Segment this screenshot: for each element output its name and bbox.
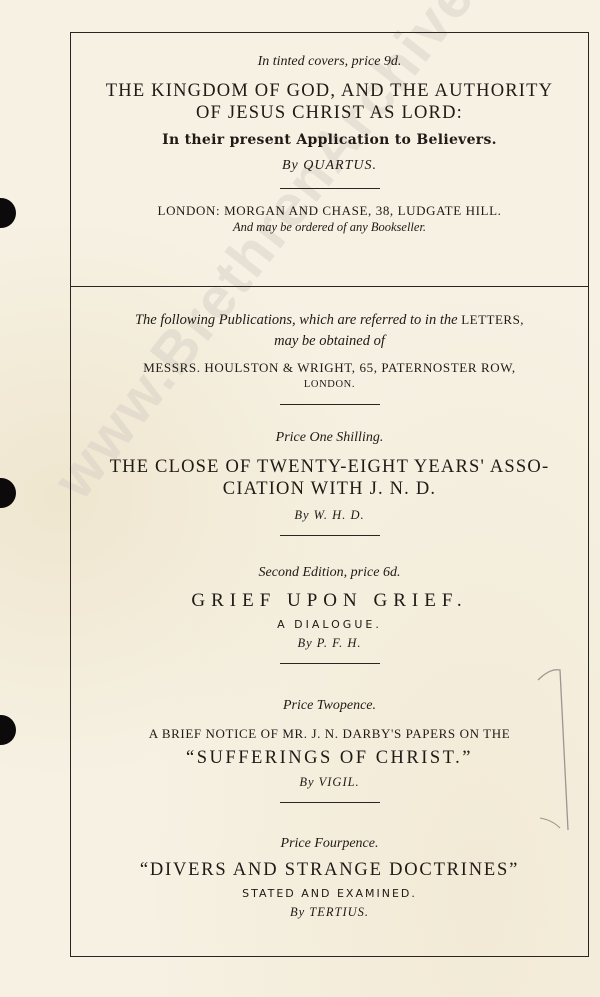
pub1-title-line1: THE CLOSE OF TWENTY-EIGHT YEARS' ASSO- bbox=[70, 456, 589, 478]
advert-price: In tinted covers, price 9d. bbox=[70, 54, 589, 70]
pub1-title-line2: CIATION WITH J. N. D. bbox=[70, 478, 589, 500]
intro-line1: The following Publications, which are re… bbox=[70, 312, 589, 329]
advert-subtitle: In their present Application to Believer… bbox=[70, 132, 589, 148]
pub4-subtitle: STATED AND EXAMINED. bbox=[70, 887, 589, 900]
pub2-price: Second Edition, price 6d. bbox=[70, 565, 589, 581]
pub2-subtitle: A DIALOGUE. bbox=[70, 618, 589, 631]
pub1-price: Price One Shilling. bbox=[70, 430, 589, 446]
top-advert: In tinted covers, price 9d. THE KINGDOM … bbox=[70, 54, 589, 235]
publication-4: Price Fourpence. “DIVERS AND STRANGE DOC… bbox=[70, 836, 589, 920]
publication-1: Price One Shilling. THE CLOSE OF TWENTY-… bbox=[70, 430, 589, 536]
divider bbox=[280, 802, 380, 803]
pub4-price: Price Fourpence. bbox=[70, 836, 589, 852]
divider bbox=[280, 404, 380, 405]
divider bbox=[280, 535, 380, 536]
pub4-title: “DIVERS AND STRANGE DOCTRINES” bbox=[70, 860, 589, 881]
intro-line1-caps: Letters, bbox=[461, 312, 524, 327]
advert-title-line2: OF JESUS CHRIST AS LORD: bbox=[70, 102, 589, 124]
intro-line1-text: The following Publications, which are re… bbox=[135, 312, 458, 328]
advert-availability: And may be ordered of any Bookseller. bbox=[70, 220, 589, 235]
advert-publisher: LONDON: MORGAN AND CHASE, 38, LUDGATE HI… bbox=[70, 203, 589, 219]
pub3-title-line1: A BRIEF NOTICE OF MR. J. N. DARBY'S PAPE… bbox=[70, 726, 589, 742]
pencil-bracket-mark bbox=[530, 660, 580, 840]
section-divider bbox=[70, 286, 589, 287]
pub1-author: By W. H. D. bbox=[70, 508, 589, 523]
binding-hole-1 bbox=[0, 198, 16, 228]
publication-2: Second Edition, price 6d. GRIEF UPON GRI… bbox=[70, 565, 589, 664]
intro: The following Publications, which are re… bbox=[70, 312, 589, 405]
divider bbox=[280, 188, 380, 189]
binding-hole-2 bbox=[0, 478, 16, 508]
pub3-price: Price Twopence. bbox=[70, 698, 589, 714]
intro-line2: may be obtained of bbox=[70, 333, 589, 350]
binding-hole-3 bbox=[0, 715, 16, 745]
pub3-author: By VIGIL. bbox=[70, 775, 589, 790]
intro-publisher: MESSRS. HOULSTON & WRIGHT, 65, PATERNOST… bbox=[70, 360, 589, 376]
advert-title-line1: THE KINGDOM OF GOD, AND THE AUTHORITY bbox=[70, 80, 589, 102]
divider bbox=[280, 663, 380, 664]
pub3-title-line2: “SUFFERINGS OF CHRIST.” bbox=[70, 748, 589, 769]
advert-author: By QUARTUS. bbox=[70, 158, 589, 174]
pub2-author: By P. F. H. bbox=[70, 636, 589, 651]
pub2-title: GRIEF UPON GRIEF. bbox=[70, 590, 589, 612]
pub4-author: By TERTIUS. bbox=[70, 905, 589, 920]
intro-publisher-city: LONDON. bbox=[70, 379, 589, 390]
publication-3: Price Twopence. A BRIEF NOTICE OF MR. J.… bbox=[70, 698, 589, 803]
